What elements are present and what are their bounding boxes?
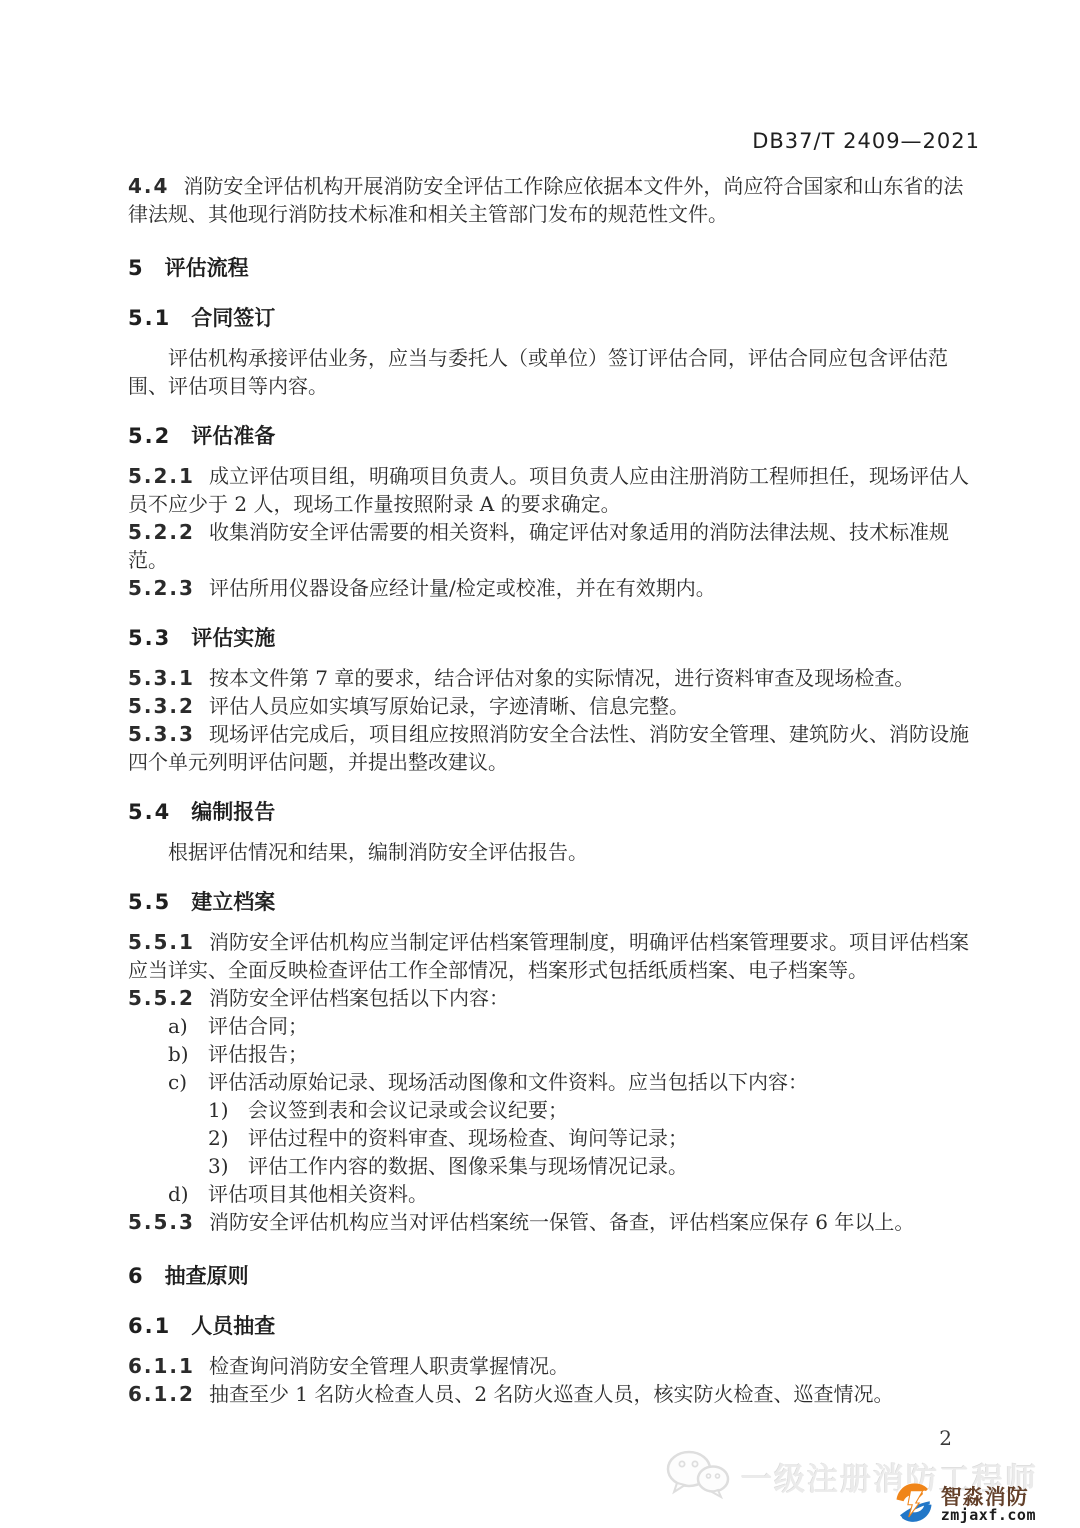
clause-4-4: 4.4消防安全评估机构开展消防安全评估工作除应依据本文件外，尚应符合国家和山东省… [128, 172, 980, 228]
clause-number: 6.1.1 [128, 1354, 195, 1378]
heading-5-1: 5.1合同签订 [128, 304, 980, 332]
heading-5-4: 5.4编制报告 [128, 798, 980, 826]
brand-logo: 智淼消防 zmjaxf.com [893, 1482, 1036, 1528]
clause-5-2-3: 5.2.3评估所用仪器设备应经计量/检定或校准，并在有效期内。 [128, 574, 980, 602]
standard-code: DB37/T 2409—2021 [752, 129, 980, 153]
list-label: 3) [208, 1152, 248, 1180]
heading-title: 建立档案 [191, 890, 275, 914]
list-text: 评估工作内容的数据、图像采集与现场情况记录。 [248, 1154, 688, 1178]
list-text: 评估合同； [208, 1014, 308, 1038]
heading-5-2: 5.2评估准备 [128, 422, 980, 450]
list-item-c-2: 2)评估过程中的资料审查、现场检查、询问等记录； [128, 1124, 980, 1152]
clause-text: 现场评估完成后，项目组应按照消防安全合法性、消防安全管理、建筑防火、消防设施四个… [128, 722, 969, 774]
page-header: DB37/T 2409—2021 [128, 128, 980, 154]
brand-url: zmjaxf.com [941, 1508, 1036, 1524]
clause-6-1-2: 6.1.2抽查至少 1 名防火检查人员、2 名防火巡查人员，核实防火检查、巡查情… [128, 1380, 980, 1408]
list-label: 1) [208, 1096, 248, 1124]
clause-5-5-3: 5.5.3消防安全评估机构应当对评估档案统一保管、备查，评估档案应保存 6 年以… [128, 1208, 980, 1236]
clause-number: 5.2.2 [128, 520, 195, 544]
heading-title: 抽查原则 [165, 1264, 249, 1288]
heading-title: 人员抽查 [191, 1314, 275, 1338]
clause-5-3-2: 5.3.2评估人员应如实填写原始记录，字迹清晰、信息完整。 [128, 692, 980, 720]
wechat-bubbles-icon [665, 1448, 731, 1504]
clause-text: 评估人员应如实填写原始记录，字迹清晰、信息完整。 [209, 694, 689, 718]
clause-text: 评估所用仪器设备应经计量/检定或校准，并在有效期内。 [209, 576, 716, 600]
clause-text: 成立评估项目组，明确项目负责人。项目负责人应由注册消防工程师担任，现场评估人员不… [128, 464, 969, 516]
clause-5-5-2: 5.5.2消防安全评估档案包括以下内容： [128, 984, 980, 1012]
clause-5-5-1: 5.5.1消防安全评估机构应当制定评估档案管理制度，明确评估档案管理要求。项目评… [128, 928, 980, 984]
heading-title: 合同签订 [191, 306, 275, 330]
clause-number: 5.5.2 [128, 986, 195, 1010]
list-text: 会议签到表和会议记录或会议纪要； [248, 1098, 568, 1122]
heading-number: 5.4 [128, 800, 171, 824]
clause-5-3-3: 5.3.3现场评估完成后，项目组应按照消防安全合法性、消防安全管理、建筑防火、消… [128, 720, 980, 776]
heading-title: 评估实施 [191, 626, 275, 650]
heading-number: 5.3 [128, 626, 171, 650]
heading-number: 6 [128, 1264, 145, 1288]
clause-number: 4.4 [128, 174, 169, 198]
clause-number: 5.2.1 [128, 464, 195, 488]
paragraph-5-4: 根据评估情况和结果，编制消防安全评估报告。 [128, 838, 980, 866]
clause-text: 抽查至少 1 名防火检查人员、2 名防火巡查人员，核实防火检查、巡查情况。 [209, 1382, 894, 1406]
clause-number: 6.1.2 [128, 1382, 195, 1406]
heading-6-1: 6.1人员抽查 [128, 1312, 980, 1340]
heading-number: 5.5 [128, 890, 171, 914]
paragraph-5-1: 评估机构承接评估业务，应当与委托人（或单位）签订评估合同，评估合同应包含评估范围… [128, 344, 980, 400]
list-text: 评估项目其他相关资料。 [208, 1182, 428, 1206]
clause-text: 消防安全评估档案包括以下内容： [209, 986, 509, 1010]
list-item-b: b)评估报告； [128, 1040, 980, 1068]
document-page: DB37/T 2409—2021 4.4消防安全评估机构开展消防安全评估工作除应… [0, 0, 1080, 1528]
list-item-c-3: 3)评估工作内容的数据、图像采集与现场情况记录。 [128, 1152, 980, 1180]
clause-number: 5.3.3 [128, 722, 195, 746]
list-text: 评估报告； [208, 1042, 308, 1066]
page-number: 2 [939, 1426, 952, 1450]
heading-number: 5 [128, 256, 145, 280]
clause-number: 5.3.1 [128, 666, 195, 690]
list-item-a: a)评估合同； [128, 1012, 980, 1040]
heading-title: 评估流程 [165, 256, 249, 280]
clause-number: 5.3.2 [128, 694, 195, 718]
list-text: 评估过程中的资料审查、现场检查、询问等记录； [248, 1126, 688, 1150]
heading-number: 6.1 [128, 1314, 171, 1338]
clause-text: 消防安全评估机构开展消防安全评估工作除应依据本文件外，尚应符合国家和山东省的法律… [128, 174, 963, 226]
clause-6-1-1: 6.1.1检查询问消防安全管理人职责掌握情况。 [128, 1352, 980, 1380]
list-label: c) [168, 1068, 208, 1096]
brand-logo-text: 智淼消防 zmjaxf.com [941, 1486, 1036, 1524]
clause-text: 消防安全评估机构应当对评估档案统一保管、备查，评估档案应保存 6 年以上。 [209, 1210, 914, 1234]
list-text: 评估活动原始记录、现场活动图像和文件资料。应当包括以下内容： [208, 1070, 808, 1094]
heading-number: 5.1 [128, 306, 171, 330]
clause-text: 检查询问消防安全管理人职责掌握情况。 [209, 1354, 569, 1378]
clause-number: 5.5.3 [128, 1210, 195, 1234]
clause-5-2-1: 5.2.1成立评估项目组，明确项目负责人。项目负责人应由注册消防工程师担任，现场… [128, 462, 980, 518]
clause-5-2-2: 5.2.2收集消防安全评估需要的相关资料，确定评估对象适用的消防法律法规、技术标… [128, 518, 980, 574]
heading-5-5: 5.5建立档案 [128, 888, 980, 916]
clause-number: 5.2.3 [128, 576, 195, 600]
list-label: b) [168, 1040, 208, 1068]
zhimiao-fire-logo-icon [893, 1482, 935, 1528]
heading-5-3: 5.3评估实施 [128, 624, 980, 652]
list-label: a) [168, 1012, 208, 1040]
clause-text: 收集消防安全评估需要的相关资料，确定评估对象适用的消防法律法规、技术标准规范。 [128, 520, 949, 572]
heading-title: 编制报告 [191, 800, 275, 824]
page-number-row: 2 [128, 1426, 980, 1450]
list-label: 2) [208, 1124, 248, 1152]
clause-5-3-1: 5.3.1按本文件第 7 章的要求，结合评估对象的实际情况，进行资料审查及现场检… [128, 664, 980, 692]
list-item-d: d)评估项目其他相关资料。 [128, 1180, 980, 1208]
heading-title: 评估准备 [191, 424, 275, 448]
list-item-c: c)评估活动原始记录、现场活动图像和文件资料。应当包括以下内容： [128, 1068, 980, 1096]
clause-text: 消防安全评估机构应当制定评估档案管理制度，明确评估档案管理要求。项目评估档案应当… [128, 930, 969, 982]
clause-number: 5.5.1 [128, 930, 195, 954]
brand-name: 智淼消防 [941, 1486, 1036, 1508]
heading-number: 5.2 [128, 424, 171, 448]
clause-text: 按本文件第 7 章的要求，结合评估对象的实际情况，进行资料审查及现场检查。 [209, 666, 914, 690]
list-item-c-1: 1)会议签到表和会议记录或会议纪要； [128, 1096, 980, 1124]
document-content: DB37/T 2409—2021 4.4消防安全评估机构开展消防安全评估工作除应… [128, 128, 980, 1450]
heading-5: 5评估流程 [128, 254, 980, 282]
heading-6: 6抽查原则 [128, 1262, 980, 1290]
list-label: d) [168, 1180, 208, 1208]
